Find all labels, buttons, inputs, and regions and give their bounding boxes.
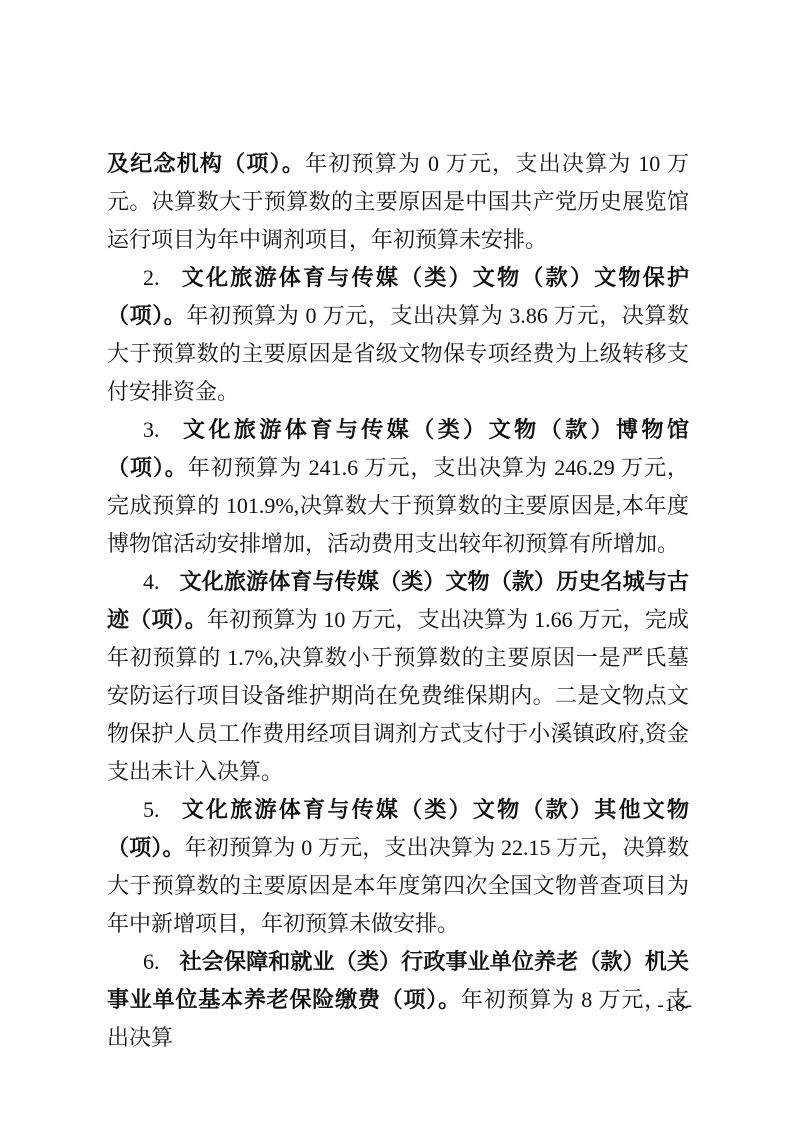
document-body: 及纪念机构（项）。年初预算为 0 万元，支出决算为 10 万元。决算数大于预算数… — [107, 145, 689, 1057]
item-6: 6.社会保障和就业（类）行政事业单位养老（款）机关事业单位基本养老保险缴费（项）… — [107, 943, 689, 1057]
body-text-run: 年初预算为 0 万元，支出决算为 22.15 万元，决算数大于预算数的主要原因是… — [107, 835, 689, 936]
item-2: 2.文化旅游体育与传媒（类）文物（款）文物保护（项）。年初预算为 0 万元，支出… — [107, 259, 689, 411]
item-5: 5.文化旅游体育与传媒（类）文物（款）其他文物（项）。年初预算为 0 万元，支出… — [107, 791, 689, 943]
body-text-run: 年初预算为 0 万元，支出决算为 3.86 万元，决算数大于预算数的主要原因是省… — [107, 303, 689, 404]
item-4: 4.文化旅游体育与传媒（类）文物（款）历史名城与古迹（项）。年初预算为 10 万… — [107, 563, 689, 791]
heading-text-run: 及纪念机构（项）。 — [107, 151, 305, 176]
body-text-run: 年初预算为 241.6 万元，支出决算为 246.29 万元，完成预算的 101… — [107, 455, 689, 556]
para-1-continuation: 及纪念机构（项）。年初预算为 0 万元，支出决算为 10 万元。决算数大于预算数… — [107, 145, 689, 259]
item-number: 5. — [143, 797, 160, 822]
item-number: 3. — [143, 417, 160, 442]
page-number: -16- — [657, 995, 693, 1017]
item-number: 6. — [143, 949, 160, 974]
document-page: 及纪念机构（项）。年初预算为 0 万元，支出决算为 10 万元。决算数大于预算数… — [0, 0, 793, 1122]
item-number: 2. — [143, 265, 160, 290]
body-text-run: 年初预算为 10 万元，支出决算为 1.66 万元，完成年初预算的 1.7%,决… — [107, 607, 689, 784]
item-number: 4. — [143, 569, 160, 594]
item-3: 3.文化旅游体育与传媒（类）文物（款）博物馆（项）。年初预算为 241.6 万元… — [107, 411, 689, 563]
